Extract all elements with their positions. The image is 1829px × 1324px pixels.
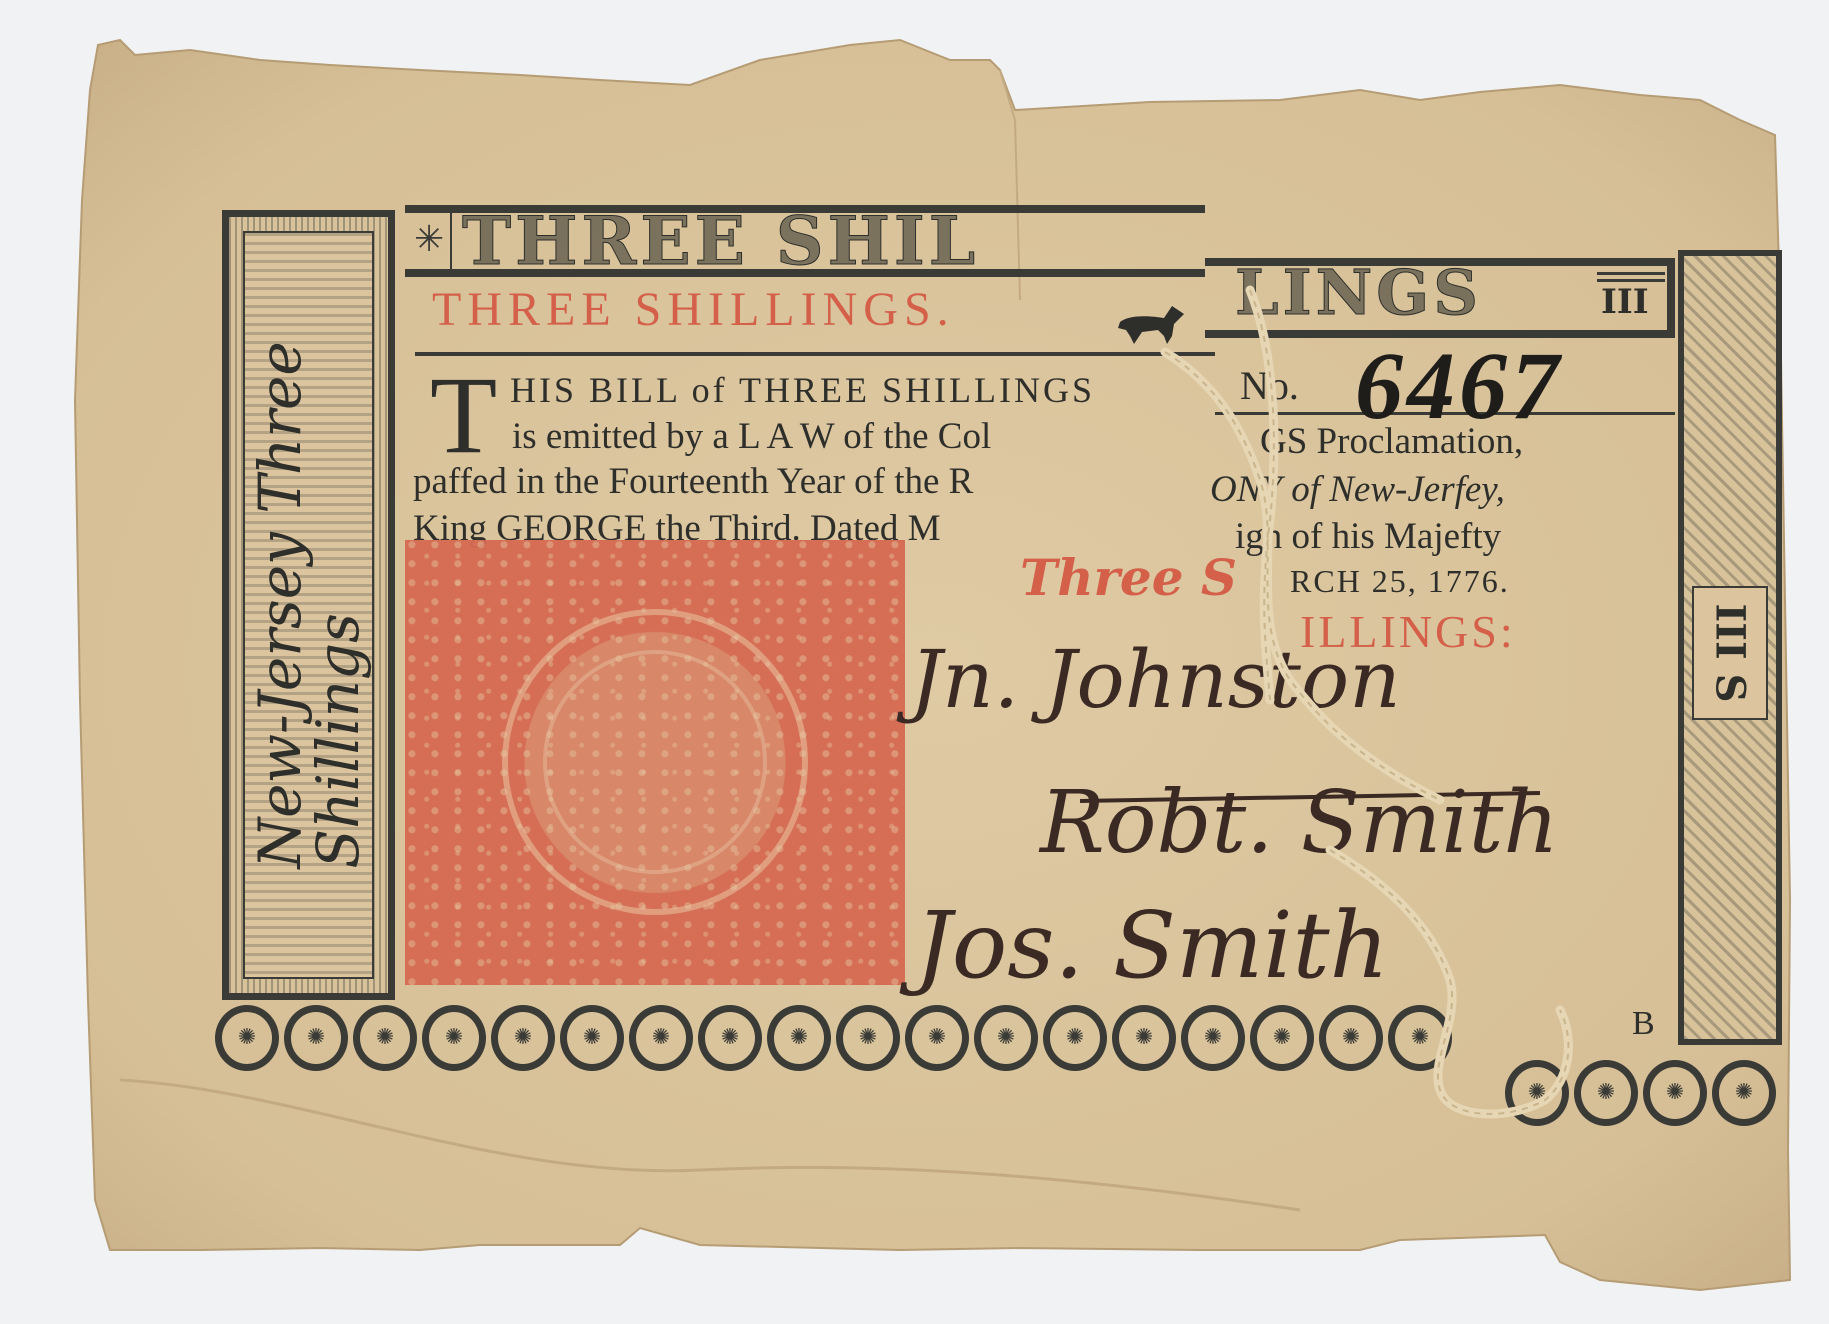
bottom-chain-border-right (1505, 1060, 1781, 1126)
body-line-2b: GS Proclamation, (1260, 423, 1523, 460)
left-panel-line2: Shillings (309, 341, 367, 868)
chain-link-ornament (905, 1005, 969, 1071)
chain-link-ornament (422, 1005, 486, 1071)
horse-emblem-icon (1112, 300, 1192, 350)
chain-link-ornament (1181, 1005, 1245, 1071)
chain-link-ornament (491, 1005, 555, 1071)
chain-link-ornament (1574, 1060, 1638, 1126)
rule-upper (415, 352, 1215, 356)
left-panel-line1: New-Jersey Three (251, 341, 309, 868)
roman-numeral-box: III (1597, 268, 1665, 328)
chain-link-ornament (215, 1005, 279, 1071)
right-panel-label: III S (1707, 604, 1754, 703)
chain-link-ornament (629, 1005, 693, 1071)
serial-number: 6467 (1355, 338, 1563, 434)
bottom-chain-border (215, 1005, 1457, 1071)
chain-link-ornament (698, 1005, 762, 1071)
serial-label: No. (1240, 362, 1299, 409)
red-seal-block (405, 540, 905, 985)
chain-link-ornament (1112, 1005, 1176, 1071)
serial-no-label: No. (1240, 363, 1299, 408)
left-ornamental-panel: New-Jersey Three Shillings (222, 210, 395, 1000)
chain-link-ornament (284, 1005, 348, 1071)
chain-link-ornament (767, 1005, 831, 1071)
chain-link-ornament (353, 1005, 417, 1071)
chain-link-ornament (836, 1005, 900, 1071)
body-line-3: paffed in the Fourteenth Year of the R (413, 463, 973, 500)
date-line: RCH 25, 1776. (1290, 565, 1510, 597)
red-subtitle: THREE SHILLINGS. (432, 282, 955, 337)
body-line-1: HIS BILL of THREE SHILLINGS (510, 372, 1095, 408)
body-dropcap: T (430, 360, 497, 470)
chain-link-ornament (1712, 1060, 1776, 1126)
star-ornament-icon: ✳ (414, 219, 444, 260)
chain-link-ornament (974, 1005, 1038, 1071)
chain-link-ornament (1043, 1005, 1107, 1071)
title-three-shil: THREE SHIL (462, 208, 979, 274)
title-lings: LINGS (1235, 262, 1482, 324)
roman-numeral: III (1601, 282, 1649, 322)
star-ornament-box: ✳ (410, 205, 452, 277)
banknote: New-Jersey Three Shillings ✳ THREE SHIL … (0, 0, 1829, 1324)
chain-link-ornament (1643, 1060, 1707, 1126)
chain-link-ornament (1505, 1060, 1569, 1126)
signature-3: Jos. Smith (915, 900, 1389, 992)
left-panel-script: New-Jersey Three Shillings (251, 341, 367, 868)
chain-link-ornament (1319, 1005, 1383, 1071)
chain-link-ornament (1388, 1005, 1452, 1071)
right-panel-label-box: III S (1692, 586, 1768, 720)
right-ornamental-panel: III S (1678, 250, 1782, 1045)
chain-link-ornament (560, 1005, 624, 1071)
signature-1: Jn. Johnston (910, 640, 1401, 720)
plate-letter: B (1632, 1005, 1655, 1043)
body-line-4b: ign of his Majefty (1235, 518, 1501, 555)
body-line-2: is emitted by a L A W of the Col (512, 418, 991, 455)
chain-link-ornament (1250, 1005, 1314, 1071)
red-gothic-text: Three S (1020, 548, 1237, 607)
body-line-3b: ONY of New-Jerfey, (1210, 471, 1505, 508)
left-panel-inner: New-Jersey Three Shillings (243, 231, 374, 979)
